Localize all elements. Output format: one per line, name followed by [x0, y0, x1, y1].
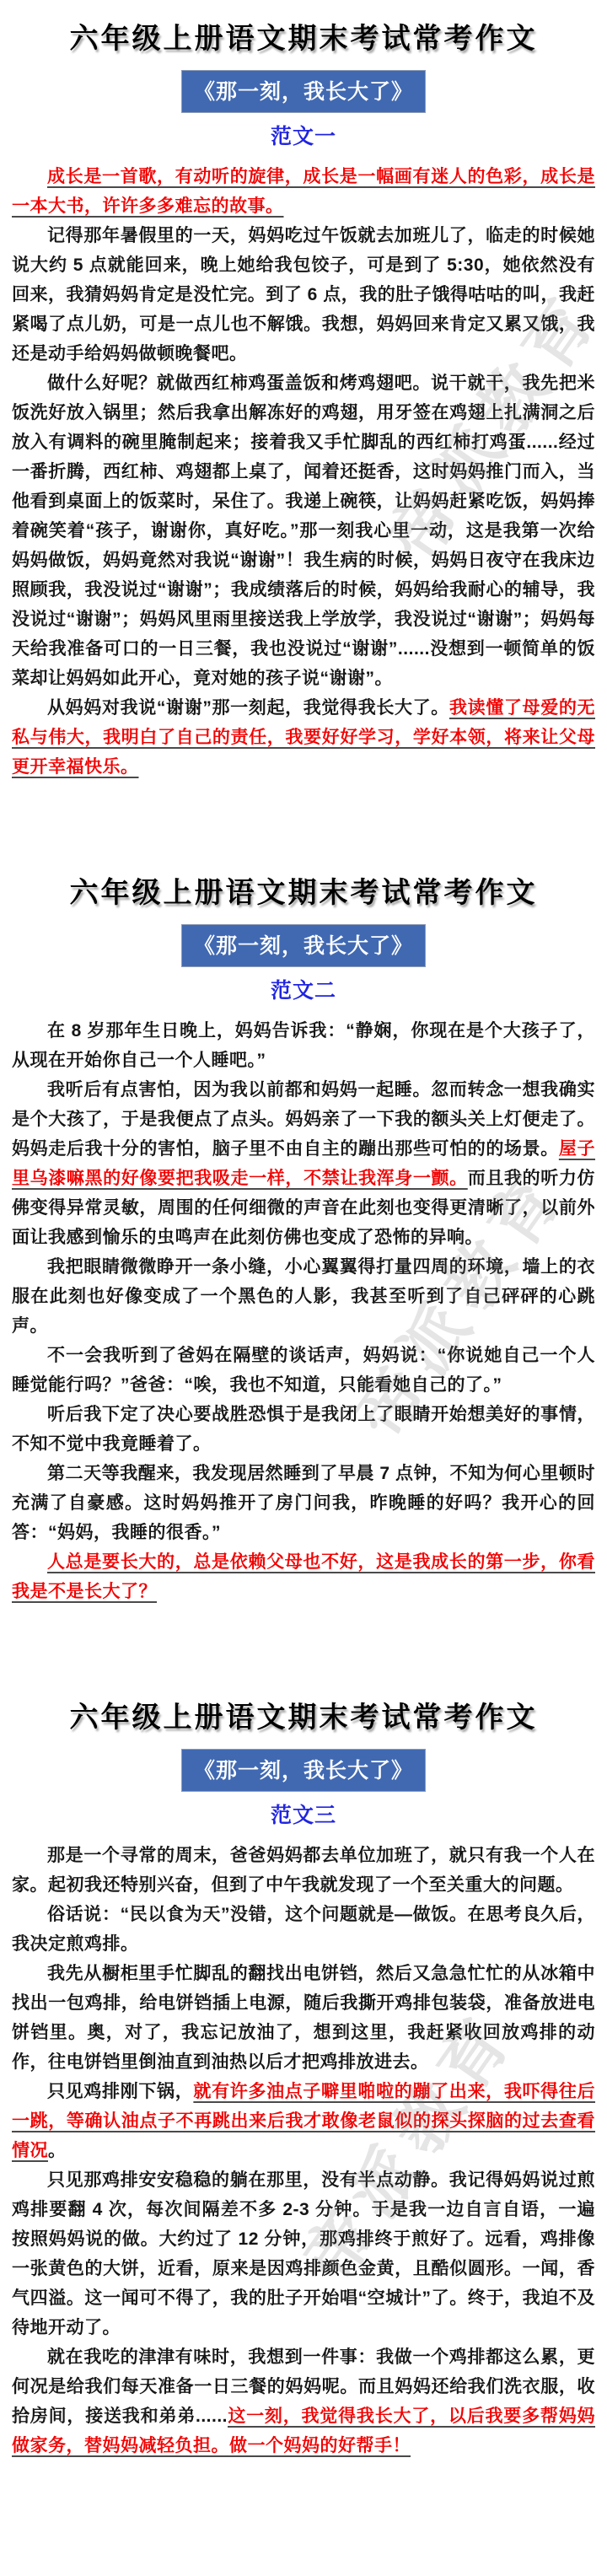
text-run: 。 — [48, 2141, 67, 2160]
text-run: 我听后有点害怕，因为我以前都和妈妈一起睡。忽而转念一想我确实是个大孩了，于是我便… — [12, 1080, 595, 1159]
section-title: 六年级上册语文期末考试常考作文 — [12, 869, 595, 911]
section-title: 六年级上册语文期末考试常考作文 — [12, 15, 595, 56]
topic-banner-row: 《那一刻，我长大了》 — [12, 1749, 595, 1792]
sample-essay-label: 范文二 — [12, 974, 595, 1004]
essay-paragraph: 人总是要长大的，总是依赖父母也不好，这是我成长的第一步，你看我是不是长大了？ — [12, 1547, 595, 1606]
essay-paragraph: 只见那鸡排安安稳稳的躺在那里，没有半点动静。我记得妈妈说过煎鸡排要翻 4 次，每… — [12, 2165, 595, 2342]
essay-section-1: 六年级上册语文期末考试常考作文《那一刻，我长大了》范文一成长是一首歌，有动听的旋… — [12, 15, 595, 782]
essay-section-3: 六年级上册语文期末考试常考作文《那一刻，我长大了》范文三那是一个寻常的周末，爸爸… — [12, 1694, 595, 2460]
highlight-text-run: 人总是要长大的，总是依赖父母也不好，这是我成长的第一步，你看我是不是长大了？ — [12, 1552, 595, 1601]
essay-paragraph: 第二天等我醒来，我发现居然睡到了早晨 7 点钟，不知为何心里顿时充满了自豪感。这… — [12, 1459, 595, 1547]
text-run: 只见那鸡排安安稳稳的躺在那里，没有半点动静。我记得妈妈说过煎鸡排要翻 4 次，每… — [12, 2170, 595, 2337]
essay-topic-banner: 《那一刻，我长大了》 — [181, 1749, 426, 1792]
text-run: 不一会我听到了爸妈在隔壁的谈话声，妈妈说：“你说她自己一个人睡觉能行吗？”爸爸：… — [12, 1346, 595, 1395]
essay-paragraph: 不一会我听到了爸妈在隔壁的谈话声，妈妈说：“你说她自己一个人睡觉能行吗？”爸爸：… — [12, 1341, 595, 1400]
essay-paragraph: 只见鸡排刚下锅，就有许多油点子噼里啪啦的蹦了出来，我吓得往后一跳，等确认油点子不… — [12, 2077, 595, 2165]
essay-paragraph: 记得那年暑假里的一天，妈妈吃过午饭就去加班儿了，临走的时候她说大约 5 点就能回… — [12, 221, 595, 368]
essay-paragraph: 就在我吃的津津有味时，我想到一件事：我做一个鸡排都这么累，更何况是给我们每天准备… — [12, 2342, 595, 2460]
sample-essay-label: 范文三 — [12, 1799, 595, 1829]
topic-banner-row: 《那一刻，我长大了》 — [12, 70, 595, 113]
essay-paragraph: 成长是一首歌，有动听的旋律，成长是一幅画有迷人的色彩，成长是一本大书，许许多多难… — [12, 162, 595, 221]
text-run: 那是一个寻常的周末，爸爸妈妈都去单位加班了，就只有我一个人在家。起初我还特别兴奋… — [12, 1846, 595, 1895]
text-run: 做什么好呢？就做西红柿鸡蛋盖饭和烤鸡翅吧。说干就干，我先把米饭洗好放入锅里；然后… — [12, 374, 595, 688]
text-run: 在 8 岁那年生日晚上，妈妈告诉我：“静娴，你现在是个大孩子了，从现在开始你自己… — [12, 1021, 595, 1070]
document-page: 六年级上册语文期末考试常考作文《那一刻，我长大了》范文一成长是一首歌，有动听的旋… — [0, 0, 607, 2576]
essay-paragraph: 我先从橱柜里手忙脚乱的翻找出电饼铛，然后又急急忙忙的从冰箱中找出一包鸡排，给电饼… — [12, 1959, 595, 2077]
essay-paragraph: 俗话说：“民以食为天”没错，这个问题就是—做饭。在思考良久后，我决定煎鸡排。 — [12, 1900, 595, 1959]
section-title: 六年级上册语文期末考试常考作文 — [12, 1694, 595, 1735]
sections: 六年级上册语文期末考试常考作文《那一刻，我长大了》范文一成长是一首歌，有动听的旋… — [12, 15, 595, 2460]
text-run: 我先从橱柜里手忙脚乱的翻找出电饼铛，然后又急急忙忙的从冰箱中找出一包鸡排，给电饼… — [12, 1964, 595, 2072]
essay-paragraph: 在 8 岁那年生日晚上，妈妈告诉我：“静娴，你现在是个大孩子了，从现在开始你自己… — [12, 1016, 595, 1075]
essay-paragraph: 我把眼睛微微睁开一条小缝，小心翼翼得打量四周的环境，墙上的衣服在此刻也好像变成了… — [12, 1252, 595, 1341]
text-run: 听后我下定了决心要战胜恐惧于是我闭上了眼睛开始想美好的事情，不知不觉中我竟睡着了… — [12, 1405, 595, 1454]
topic-banner-row: 《那一刻，我长大了》 — [12, 924, 595, 967]
essay-paragraph: 那是一个寻常的周末，爸爸妈妈都去单位加班了，就只有我一个人在家。起初我还特别兴奋… — [12, 1841, 595, 1900]
text-run: 记得那年暑假里的一天，妈妈吃过午饭就去加班儿了，临走的时候她说大约 5 点就能回… — [12, 226, 595, 363]
essay-paragraph: 做什么好呢？就做西红柿鸡蛋盖饭和烤鸡翅吧。说干就干，我先把米饭洗好放入锅里；然后… — [12, 368, 595, 693]
text-run: 俗话说：“民以食为天”没错，这个问题就是—做饭。在思考良久后，我决定煎鸡排。 — [12, 1905, 595, 1954]
text-run: 我把眼睛微微睁开一条小缝，小心翼翼得打量四周的环境，墙上的衣服在此刻也好像变成了… — [12, 1257, 595, 1336]
essay-paragraph: 我听后有点害怕，因为我以前都和妈妈一起睡。忽而转念一想我确实是个大孩了，于是我便… — [12, 1075, 595, 1252]
text-run: 第二天等我醒来，我发现居然睡到了早晨 7 点钟，不知为何心里顿时充满了自豪感。这… — [12, 1464, 595, 1542]
text-run: 从妈妈对我说“谢谢”那一刻起，我觉得我长大了。 — [47, 698, 449, 718]
essay-topic-banner: 《那一刻，我长大了》 — [181, 70, 426, 113]
essay-topic-banner: 《那一刻，我长大了》 — [181, 924, 426, 967]
highlight-text-run: 成长是一首歌，有动听的旋律，成长是一幅画有迷人的色彩，成长是一本大书，许许多多难… — [12, 167, 595, 216]
sample-essay-label: 范文一 — [12, 120, 595, 150]
essay-section-2: 六年级上册语文期末考试常考作文《那一刻，我长大了》范文二在 8 岁那年生日晚上，… — [12, 869, 595, 1606]
essay-paragraph: 听后我下定了决心要战胜恐惧于是我闭上了眼睛开始想美好的事情，不知不觉中我竟睡着了… — [12, 1400, 595, 1459]
text-run: 只见鸡排刚下锅， — [47, 2082, 193, 2101]
essay-paragraph: 从妈妈对我说“谢谢”那一刻起，我觉得我长大了。我读懂了母爱的无私与伟大，我明白了… — [12, 693, 595, 782]
